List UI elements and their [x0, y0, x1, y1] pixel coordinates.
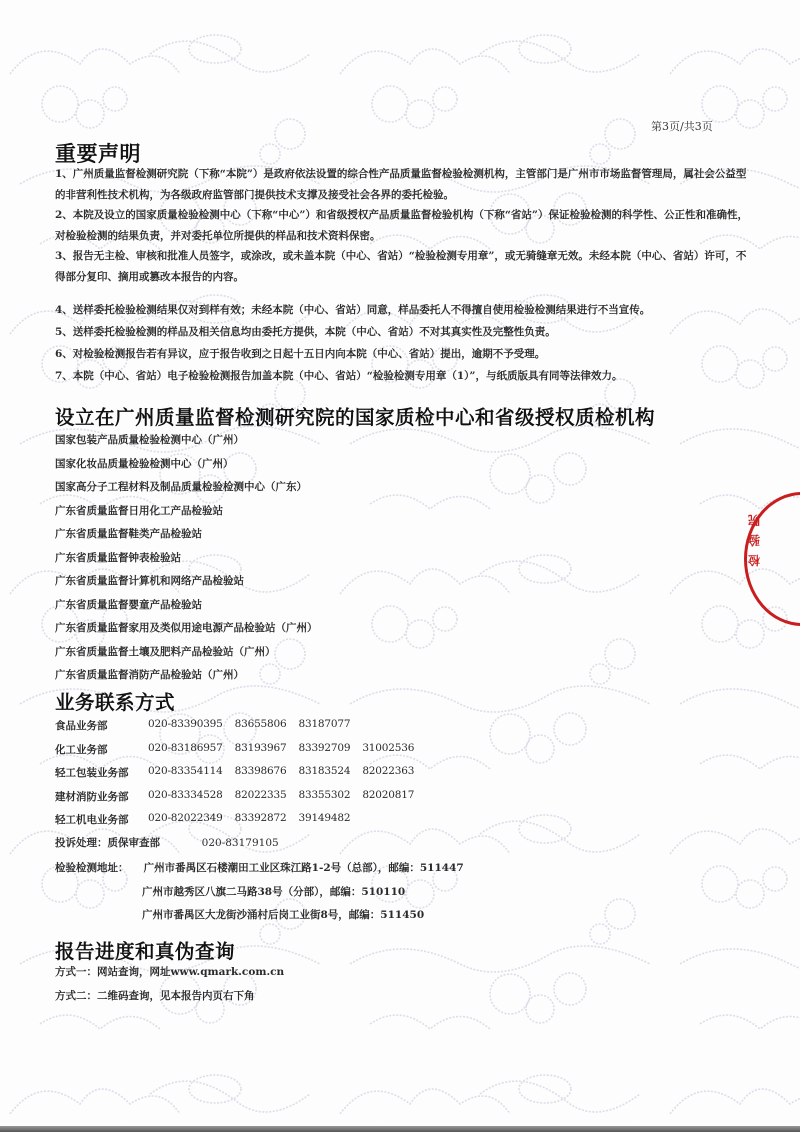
contact-phone: 020-83334528 [148, 789, 223, 813]
contact-dept: 轻工包装业务部 [55, 765, 148, 789]
contact-phone: 83655806 [235, 718, 287, 742]
query-method: 方式一：网站查询，网址www.qmark.com.cn [55, 964, 284, 988]
contact-phone: 83187077 [298, 718, 350, 742]
institution-item: 广东省质量监督鞋类产品检验站 [55, 525, 318, 549]
seal-text: 检验院 [744, 510, 764, 570]
institution-item: 广东省质量监督婴童产品检验站 [55, 596, 318, 620]
contact-phone: 020-83186957 [148, 742, 223, 766]
institution-item: 国家高分子工程材料及制品质量检验检测中心（广东） [55, 478, 318, 502]
contact-phone: 83193967 [235, 742, 287, 766]
page-number: 第3页/共3页 [651, 118, 713, 134]
contact-phone: 83392872 [235, 812, 287, 836]
contact-row: 食品业务部 020-83390395 83655806 83187077 [55, 718, 426, 742]
complaint-label: 投诉处理：质保审查部 [55, 837, 160, 849]
contact-dept: 建材消防业务部 [55, 789, 148, 813]
statement-paragraph-5: 5、送样委托检验检测的样品及相关信息均由委托方提供，本院（中心、省站）不对其真实… [55, 322, 755, 343]
query-method: 方式二：二维码查询，见本报告内页右下角 [55, 988, 284, 1012]
address-line: 广州市越秀区八旗二马路38号（分部），邮编：510110 [55, 884, 464, 908]
contact-phone: 83392709 [298, 742, 350, 766]
contact-phone: 31002536 [362, 742, 414, 766]
contact-row: 轻工机电业务部 020-82022349 83392872 39149482 [55, 812, 426, 836]
institution-item: 广东省质量监督家用及类似用途电源产品检验站（广州） [55, 619, 318, 643]
address-line: 广州市番禺区大龙街沙涌村后岗工业街8号，邮编：511450 [55, 907, 464, 931]
institutions-list: 国家包装产品质量检验检测中心（广州） 国家化妆品质量检验检测中心（广州） 国家高… [55, 431, 318, 690]
contact-phone: 39149482 [298, 812, 350, 836]
statement-paragraph-7: 7、本院（中心、省站）电子检验检测报告加盖本院（中心、省站）“检验检测专用章（1… [55, 366, 755, 387]
statement-paragraph-3: 3、报告无主检、审核和批准人员签字，或涂改，或未盖本院（中心、省站）“检验检测专… [55, 246, 755, 287]
contact-phone: 82022363 [362, 765, 414, 789]
institution-item: 广东省质量监督消防产品检验站（广州） [55, 666, 318, 690]
address-label: 检验检测地址： [55, 860, 140, 875]
query-methods: 方式一：网站查询，网址www.qmark.com.cn 方式二：二维码查询，见本… [55, 964, 284, 1011]
institutions-title: 设立在广州质量监督检测研究院的国家质检中心和省级授权质检机构 [55, 402, 655, 430]
contacts-title: 业务联系方式 [55, 687, 175, 715]
contact-phone: 83398676 [235, 765, 287, 789]
statement-paragraph-4: 4、送样委托检验检测结果仅对到样有效；未经本院（中心、省站）同意，样品委托人不得… [55, 300, 755, 321]
institution-item: 广东省质量监督日用化工产品检验站 [55, 502, 318, 526]
institution-item: 广东省质量监督计算机和网络产品检验站 [55, 572, 318, 596]
statement-paragraph-1: 1、广州质量监督检测研究院（下称“本院”）是政府依法设置的综合性产品质量监督检验… [55, 164, 755, 205]
contact-phone: 020-82022349 [148, 812, 223, 836]
contact-dept: 轻工机电业务部 [55, 812, 148, 836]
address-block: 检验检测地址： 广州市番禺区石楼潮田工业区珠江路1-2号（总部），邮编：5114… [55, 860, 464, 931]
contact-dept: 食品业务部 [55, 718, 148, 742]
scan-bottom-edge [0, 1126, 800, 1132]
contact-phone: 82020817 [362, 789, 414, 813]
contact-row: 建材消防业务部 020-83334528 82022335 83355302 8… [55, 789, 426, 813]
institution-item: 国家化妆品质量检验检测中心（广州） [55, 455, 318, 479]
address-line: 广州市番禺区石楼潮田工业区珠江路1-2号（总部），邮编：511447 [144, 862, 464, 874]
institution-item: 广东省质量监督钟表检验站 [55, 549, 318, 573]
contact-phone: 82022335 [235, 789, 287, 813]
institution-item: 广东省质量监督土壤及肥料产品检验站（广州） [55, 643, 318, 667]
contact-phone: 83183524 [298, 765, 350, 789]
statement-paragraph-2: 2、本院及设立的国家质量检验检测中心（下称“中心”）和省级授权产品质量监督检验机… [55, 205, 755, 246]
complaint-line: 投诉处理：质保审查部 020-83179105 [55, 835, 279, 850]
institution-item: 国家包装产品质量检验检测中心（广州） [55, 431, 318, 455]
contact-row: 化工业务部 020-83186957 83193967 83392709 310… [55, 742, 426, 766]
contacts-table: 食品业务部 020-83390395 83655806 83187077 化工业… [55, 718, 426, 836]
contact-row: 轻工包装业务部 020-83354114 83398676 83183524 8… [55, 765, 426, 789]
query-title: 报告进度和真伪查询 [55, 936, 235, 964]
contact-dept: 化工业务部 [55, 742, 148, 766]
contact-phone: 020-83390395 [148, 718, 223, 742]
contact-phone: 020-83354114 [148, 765, 223, 789]
contact-phone: 83355302 [298, 789, 350, 813]
statement-paragraph-6: 6、对检验检测报告若有异议，应于报告收到之日起十五日内向本院（中心、省站）提出，… [55, 344, 755, 365]
complaint-phone: 020-83179105 [202, 837, 279, 849]
